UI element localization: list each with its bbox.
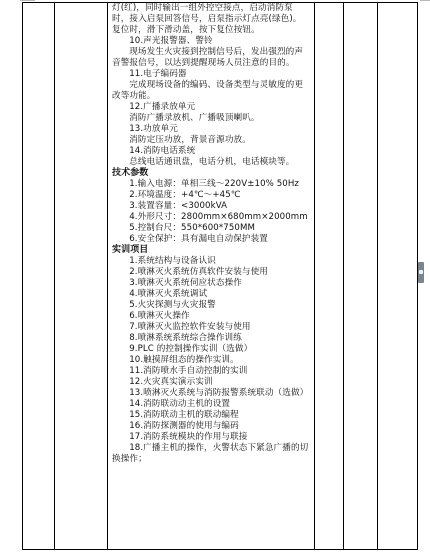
training-item: 18.广播主机的操作，火警状态下紧急广播的切换操作； bbox=[112, 443, 310, 465]
training-item: 16.消防探测器的使用与编码 bbox=[112, 421, 310, 432]
training-item: 15.消防联动主机的联动编程 bbox=[112, 410, 310, 421]
training-item: 2.喷淋灭火系统仿真软件安装与使用 bbox=[112, 267, 310, 278]
table-cell-description: 灯(红)，同时输出一组外控空接点，启动消防泵时，接入启泵回答信号，启泵指示灯点亮… bbox=[108, 3, 315, 550]
section-body: 消防广播录放机、广播吸顶喇叭。 bbox=[112, 113, 310, 124]
section-title: 12.广播录放单元 bbox=[112, 102, 310, 113]
training-item: 14.消防联动动主机的设置 bbox=[112, 399, 310, 410]
section-title: 13.功放单元 bbox=[112, 124, 310, 135]
section-body: 消防定压功放，背景音源功放。 bbox=[112, 135, 310, 146]
training-item: 11.消防喷水手自动控制的实训 bbox=[112, 366, 310, 377]
expand-handle-icon[interactable] bbox=[418, 262, 424, 283]
training-item: 17.消防系统模块的作用与联接 bbox=[112, 432, 310, 443]
tech-param-item: 1.输入电源：单相三线～220V±10% 50Hz bbox=[112, 179, 310, 190]
spec-table: 灯(红)，同时输出一组外控空接点，启动消防泵时，接入启泵回答信号，启泵指示灯点亮… bbox=[22, 2, 418, 550]
section-title: 11.电子编码器 bbox=[112, 69, 310, 80]
tech-params-heading: 技术参数 bbox=[112, 168, 310, 179]
training-item: 8.喷淋系统系统综合操作训练 bbox=[112, 333, 310, 344]
training-item: 9.PLC 的控制操作实训（选做） bbox=[112, 344, 310, 355]
training-item: 13.喷淋灭火系统与消防报警系统联动（选做） bbox=[112, 388, 310, 399]
table-cell-remark bbox=[378, 3, 418, 550]
training-item: 1.系统结构与设备认识 bbox=[112, 256, 310, 267]
table-cell-index bbox=[23, 3, 55, 550]
section-title: 14.消防电话系统 bbox=[112, 146, 310, 157]
table-cell-name bbox=[55, 3, 108, 550]
section-body: 现场发生火灾接到控制信号后，发出强烈的声音警报信号，以达到提醒现场人员注意的目的… bbox=[112, 47, 310, 69]
table-cell-quantity bbox=[315, 3, 344, 550]
table-cell-unit bbox=[344, 3, 378, 550]
tech-param-item: 2.环境温度：+4℃～+45℃ bbox=[112, 190, 310, 201]
training-item: 6.喷淋灭火操作 bbox=[112, 311, 310, 322]
section-title: 10.声光报警器、警铃 bbox=[112, 36, 310, 47]
page-corner-mark-right bbox=[420, 0, 430, 1]
section-body: 总线电话通讯盘，电话分机，电话模块等。 bbox=[112, 157, 310, 168]
section-body: 完成现场设备的编码、设备类型与灵敏度的更改等功能。 bbox=[112, 80, 310, 102]
training-item: 10.触摸屏组态的操作实训。 bbox=[112, 355, 310, 366]
training-item: 4.喷淋灭火系统调试 bbox=[112, 289, 310, 300]
training-heading: 实训项目 bbox=[112, 245, 310, 256]
tech-param-item: 3.装置容量：<3000kVA bbox=[112, 201, 310, 212]
training-item: 12.火灾真实演示实训 bbox=[112, 377, 310, 388]
training-item: 7.喷淋灭火监控软件安装与使用 bbox=[112, 322, 310, 333]
tech-param-item: 6.安全保护：具有漏电自动保护装置 bbox=[112, 234, 310, 245]
training-item: 5.火灾探测与火灾报警 bbox=[112, 300, 310, 311]
description-content: 灯(红)，同时输出一组外控空接点，启动消防泵时，接入启泵回答信号，启泵指示灯点亮… bbox=[108, 3, 314, 465]
handle-grip-icon bbox=[419, 270, 423, 274]
page-corner-mark-left bbox=[20, 0, 35, 1]
table-row: 灯(红)，同时输出一组外控空接点，启动消防泵时，接入启泵回答信号，启泵指示灯点亮… bbox=[23, 3, 418, 550]
tech-param-item: 4.外形尺寸：2800mm×680mm×2000mm bbox=[112, 212, 310, 223]
training-item: 3.喷淋灭火系统伺应状态操作 bbox=[112, 278, 310, 289]
continued-paragraph: 灯(红)，同时输出一组外控空接点，启动消防泵时，接入启泵回答信号，启泵指示灯点亮… bbox=[112, 3, 310, 36]
tech-param-item: 5.控制台尺：550*600*750MM bbox=[112, 223, 310, 234]
